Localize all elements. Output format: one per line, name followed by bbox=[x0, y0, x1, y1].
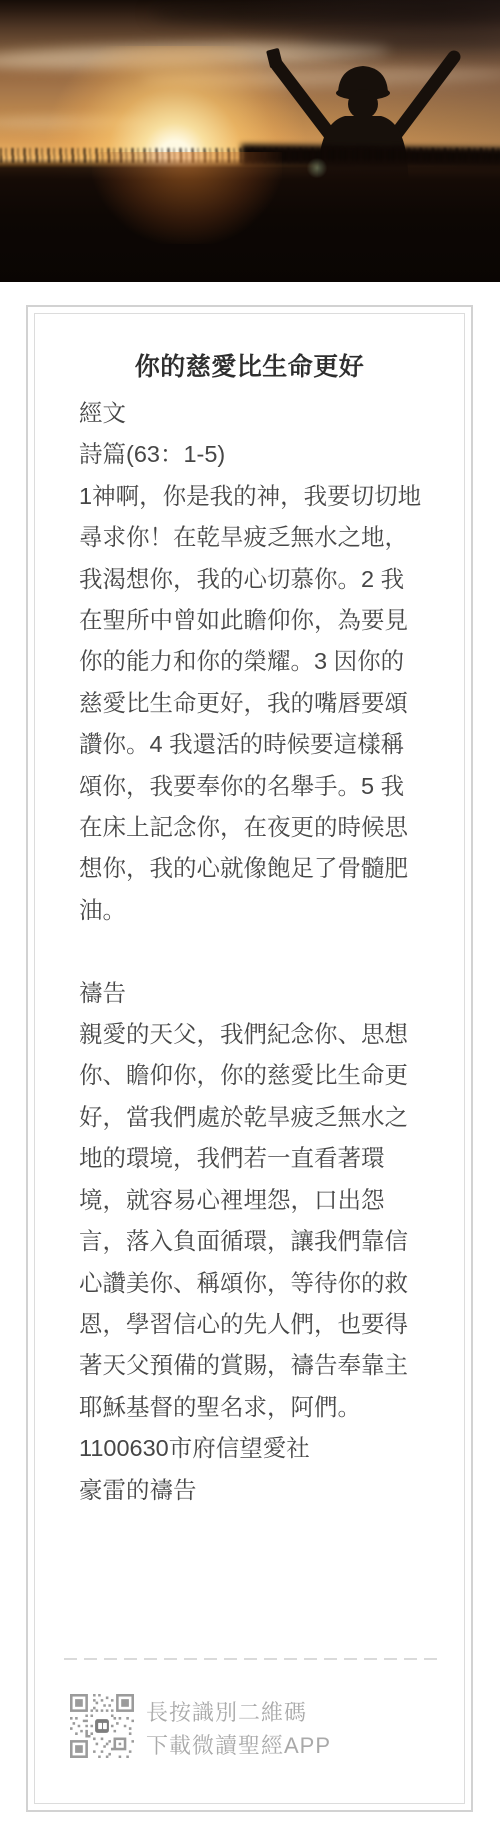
lens-flare bbox=[306, 158, 328, 178]
scripture-body: 1神啊，你是我的神，我要切切地尋求你！在乾旱疲乏無水之地，我渴想你，我的心切慕你… bbox=[79, 476, 425, 931]
raised-arm-left bbox=[277, 65, 331, 136]
raised-arm-right bbox=[397, 57, 454, 133]
scripture-reference: 詩篇(63：1-5) bbox=[79, 434, 425, 475]
hero-image bbox=[0, 0, 500, 282]
page-title: 你的慈愛比生命更好 bbox=[35, 350, 464, 384]
qr-code-icon[interactable] bbox=[70, 1694, 134, 1758]
attribution-line-1: 1100630市府信望愛社 bbox=[79, 1428, 425, 1469]
card-body-text: 經文 詩篇(63：1-5) 1神啊，你是我的神，我要切切地尋求你！在乾旱疲乏無水… bbox=[79, 393, 425, 1511]
qr-hint-line2: 下載微讀聖經APP bbox=[146, 1733, 331, 1759]
dashed-divider bbox=[64, 1658, 438, 1660]
attribution-line-2: 豪雷的禱告 bbox=[79, 1470, 425, 1511]
prayer-heading: 禱告 bbox=[79, 973, 425, 1014]
head bbox=[348, 89, 378, 119]
qr-finder-bottom-left bbox=[71, 1741, 86, 1756]
prayer-body: 親愛的天父，我們紀念你、思想你、瞻仰你，你的慈愛比生命更好，當我們處於乾旱疲乏無… bbox=[79, 1014, 425, 1428]
card-inner-frame: 你的慈愛比生命更好 經文 詩篇(63：1-5) 1神啊，你是我的神，我要切切地尋… bbox=[34, 313, 465, 1804]
scripture-heading: 經文 bbox=[79, 393, 425, 434]
share-card-page: 你的慈愛比生命更好 經文 詩篇(63：1-5) 1神啊，你是我的神，我要切切地尋… bbox=[0, 0, 500, 1839]
qr-finder-top-right bbox=[117, 1695, 132, 1710]
card-outer-frame: 你的慈愛比生命更好 經文 詩篇(63：1-5) 1神啊，你是我的神，我要切切地尋… bbox=[26, 305, 473, 1812]
qr-hint-line1: 長按識別二維碼 bbox=[146, 1700, 307, 1726]
qr-finder-top-left bbox=[71, 1695, 86, 1710]
sun-underglow bbox=[92, 152, 282, 244]
hat-crown bbox=[338, 66, 388, 93]
hand-held-object bbox=[266, 48, 283, 69]
